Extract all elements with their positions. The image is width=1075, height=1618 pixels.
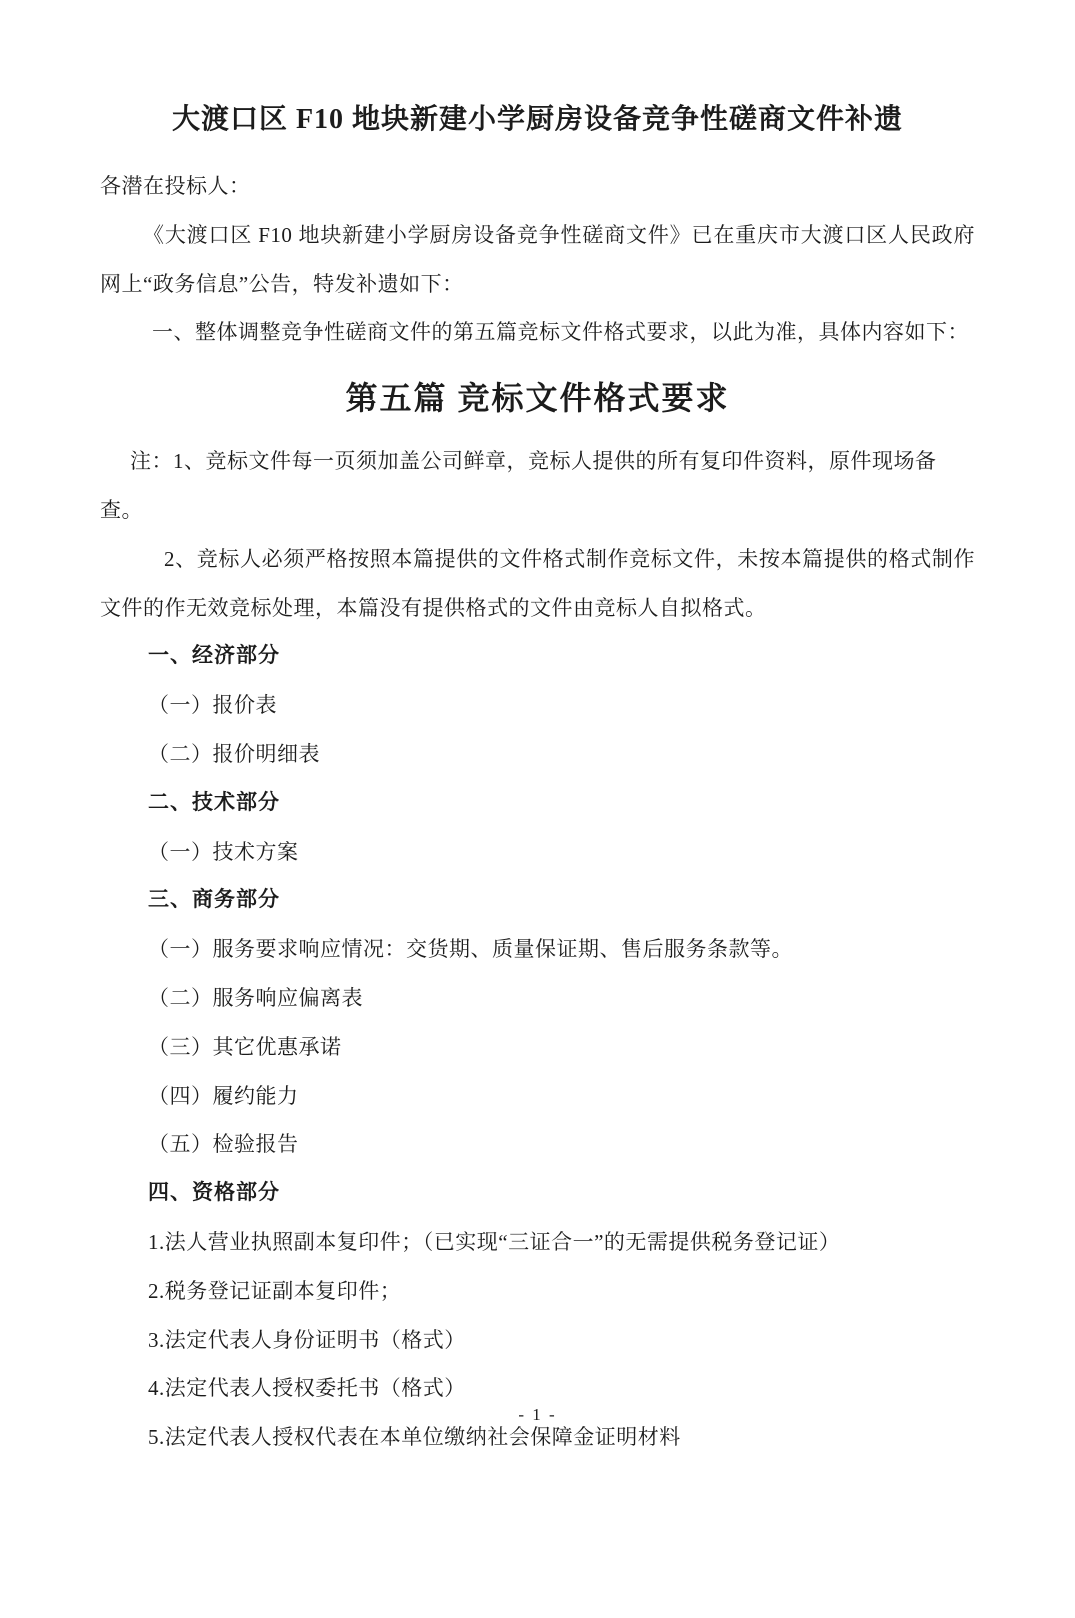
intro-paragraph: 《大渡口区 F10 地块新建小学厨房设备竞争性磋商文件》已在重庆市大渡口区人民政… bbox=[100, 211, 975, 309]
outline-item-tax-registration: 2.税务登记证副本复印件； bbox=[148, 1267, 975, 1316]
note-line-2: 2、竞标人必须严格按照本篇提供的文件格式制作竞标文件，未按本篇提供的格式制作文件… bbox=[100, 535, 975, 633]
outline-item-quote-table: （一）报价表 bbox=[148, 681, 975, 730]
section-heading-economic: 一、经济部分 bbox=[148, 632, 975, 681]
salutation-line: 各潜在投标人： bbox=[100, 162, 975, 211]
outline-item-technical-plan: （一）技术方案 bbox=[148, 828, 975, 877]
outline-item-business-license: 1.法人营业执照副本复印件；（已实现“三证合一”的无需提供税务登记证） bbox=[148, 1218, 975, 1267]
outline-item-other-promises: （三）其它优惠承诺 bbox=[148, 1023, 975, 1072]
note-line-1: 注：1、竞标文件每一页须加盖公司鲜章，竞标人提供的所有复印件资料，原件现场备查。 bbox=[100, 437, 975, 535]
outline-item-legal-rep-identity: 3.法定代表人身份证明书（格式） bbox=[148, 1316, 975, 1365]
outline-item-service-response: （一）服务要求响应情况：交货期、质量保证期、售后服务条款等。 bbox=[148, 925, 975, 974]
outline-item-quote-detail-table: （二）报价明细表 bbox=[148, 730, 975, 779]
document-title: 大渡口区 F10 地块新建小学厨房设备竞争性磋商文件补遗 bbox=[100, 98, 975, 142]
section-heading-technical: 二、技术部分 bbox=[148, 779, 975, 828]
outline-item-deviation-table: （二）服务响应偏离表 bbox=[148, 974, 975, 1023]
section-heading-qualification: 四、资格部分 bbox=[148, 1169, 975, 1218]
page-number: - 1 - bbox=[0, 1403, 1075, 1427]
section-heading-business: 三、商务部分 bbox=[148, 876, 975, 925]
outline-item-performance-ability: （四）履约能力 bbox=[148, 1072, 975, 1121]
document-page: 大渡口区 F10 地块新建小学厨房设备竞争性磋商文件补遗 各潜在投标人： 《大渡… bbox=[0, 0, 1075, 1618]
part-five-heading: 第五篇 竞标文件格式要求 bbox=[100, 375, 975, 421]
outline-item-inspection-report: （五）检验报告 bbox=[148, 1120, 975, 1169]
adjustment-clause: 一、整体调整竞争性磋商文件的第五篇竞标文件格式要求，以此为准，具体内容如下： bbox=[100, 308, 975, 357]
